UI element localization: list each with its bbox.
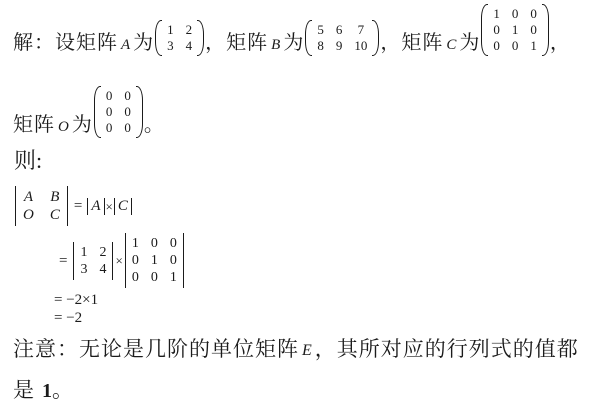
text-note-suffix: ，其所对应的行列式的值都 — [315, 336, 579, 363]
note-line-1: 注意：无论是几阶的单位矩阵 E ，其所对应的行列式的值都 — [13, 336, 579, 363]
matrix-cell: C — [50, 206, 60, 224]
matrix-cell: 4 — [186, 38, 193, 54]
setup-line-2: 矩阵 O 为 000000 。 — [13, 86, 165, 138]
matrix-cell: 1 — [132, 235, 139, 252]
document-page: 解：设矩阵 A 为 1234 ，矩阵 B 为 5678910 ，矩阵 C 为 1… — [0, 0, 598, 419]
matrix-cell: 0 — [106, 88, 113, 104]
matrix-cell: 1 — [512, 22, 519, 38]
matrix-cell: 1 — [493, 6, 500, 22]
matrix-cell: 6 — [336, 22, 343, 38]
text-eq3: = −2×1 — [54, 291, 98, 309]
text-eq4: = −2 — [54, 309, 82, 327]
matrix-cell: 0 — [132, 252, 139, 269]
matrix-a: 1234 — [155, 20, 204, 56]
matrix-cell: O — [23, 206, 34, 224]
equation-result: = −2 — [54, 309, 82, 327]
matrix-cell: 0 — [124, 120, 131, 136]
matrix-b-grid: 5678910 — [312, 20, 372, 56]
equals-sign: = — [59, 252, 67, 270]
text-wei-a: 为 — [133, 30, 154, 56]
matrix-cell: 0 — [512, 38, 519, 54]
matrix-cell: 0 — [106, 120, 113, 136]
text-line2-tail: 。 — [144, 112, 165, 138]
text-note-prefix: 注意：无论是几阶的单位矩阵 — [13, 336, 299, 363]
matrix-cell: 0 — [151, 269, 158, 286]
matrix-cell: 10 — [354, 38, 367, 54]
setup-line-1: 解：设矩阵 A 为 1234 ，矩阵 B 为 5678910 ，矩阵 C 为 1… — [13, 4, 571, 56]
block-determinant-grid: ABOC — [16, 186, 67, 226]
var-e-label: E — [302, 339, 312, 363]
matrix-cell: 0 — [512, 6, 519, 22]
matrix-cell: 8 — [317, 38, 324, 54]
matrix-cell: 1 — [167, 22, 174, 38]
block-determinant: ABOC — [15, 186, 68, 226]
text-then: 则: — [14, 148, 42, 174]
matrix-cell: 1 — [151, 252, 158, 269]
matrix-cell: 0 — [493, 38, 500, 54]
note-line-2: 是 1 。 — [13, 377, 74, 404]
text-matrix-o-prefix: 矩阵 — [13, 112, 55, 138]
left-paren-icon — [155, 20, 162, 56]
determinant-c-grid: 100010001 — [126, 233, 183, 288]
multiply-sign: × — [115, 254, 122, 267]
abs-a: A — [87, 198, 104, 215]
matrix-cell: 3 — [80, 261, 87, 278]
var-b-label: B — [271, 34, 280, 57]
matrix-cell: 5 — [317, 22, 324, 38]
then-line: 则: — [14, 148, 42, 174]
var-o-label: O — [58, 116, 69, 139]
matrix-cell: 1 — [170, 269, 177, 286]
equation-block-determinant: ABOC = A × C — [14, 186, 132, 226]
right-paren-icon — [372, 20, 379, 56]
matrix-a-grid: 1234 — [162, 20, 197, 56]
matrix-o-grid: 000000 — [101, 86, 136, 138]
var-a-label: A — [91, 199, 100, 214]
matrix-cell: 0 — [170, 235, 177, 252]
text-wei-o: 为 — [72, 112, 93, 138]
right-paren-icon — [197, 20, 204, 56]
matrix-cell: 7 — [358, 22, 365, 38]
determinant-c: 100010001 — [125, 233, 184, 288]
matrix-cell: 0 — [493, 22, 500, 38]
abs-c: C — [114, 198, 132, 215]
matrix-cell: A — [24, 188, 33, 206]
matrix-c-grid: 100010001 — [488, 4, 542, 56]
matrix-c: 100010001 — [481, 4, 549, 56]
matrix-cell: 4 — [99, 261, 106, 278]
matrix-cell: B — [50, 188, 59, 206]
text-shi: 是 — [13, 377, 35, 404]
matrix-cell: 0 — [106, 104, 113, 120]
matrix-cell: 9 — [336, 38, 343, 54]
multiply-sign: × — [106, 200, 113, 213]
var-c-label: C — [118, 199, 128, 214]
text-period: 。 — [52, 377, 74, 404]
text-wei-b: 为 — [283, 30, 304, 56]
equals-sign: = — [74, 197, 82, 215]
matrix-cell: 1 — [80, 244, 87, 261]
var-c-label: C — [446, 34, 456, 57]
matrix-cell: 0 — [124, 88, 131, 104]
determinant-a-grid: 1234 — [74, 242, 112, 280]
matrix-cell: 3 — [167, 38, 174, 54]
matrix-cell: 0 — [151, 235, 158, 252]
matrix-cell: 1 — [530, 38, 537, 54]
text-line1-tail: ， — [550, 30, 571, 56]
matrix-cell: 0 — [132, 269, 139, 286]
matrix-b: 5678910 — [305, 20, 379, 56]
left-paren-icon — [94, 86, 101, 138]
text-sep-bc: ，矩阵 — [380, 30, 443, 56]
matrix-cell: 0 — [530, 6, 537, 22]
matrix-o: 000000 — [94, 86, 143, 138]
left-paren-icon — [481, 4, 488, 56]
text-solution-prefix: 解：设矩阵 — [13, 30, 118, 56]
equation-step-3: = −2×1 — [54, 291, 98, 309]
matrix-cell: 0 — [530, 22, 537, 38]
var-a-label: A — [121, 34, 130, 57]
text-sep-ab: ，矩阵 — [205, 30, 268, 56]
right-paren-icon — [542, 4, 549, 56]
value-one: 1 — [42, 378, 52, 404]
matrix-cell: 0 — [170, 252, 177, 269]
right-paren-icon — [136, 86, 143, 138]
determinant-a: 1234 — [73, 242, 113, 280]
equation-numeric-determinants: = 1234 × 100010001 — [54, 233, 185, 288]
matrix-cell: 2 — [186, 22, 193, 38]
matrix-cell: 2 — [99, 244, 106, 261]
text-wei-c: 为 — [459, 30, 480, 56]
left-paren-icon — [305, 20, 312, 56]
matrix-cell: 0 — [124, 104, 131, 120]
